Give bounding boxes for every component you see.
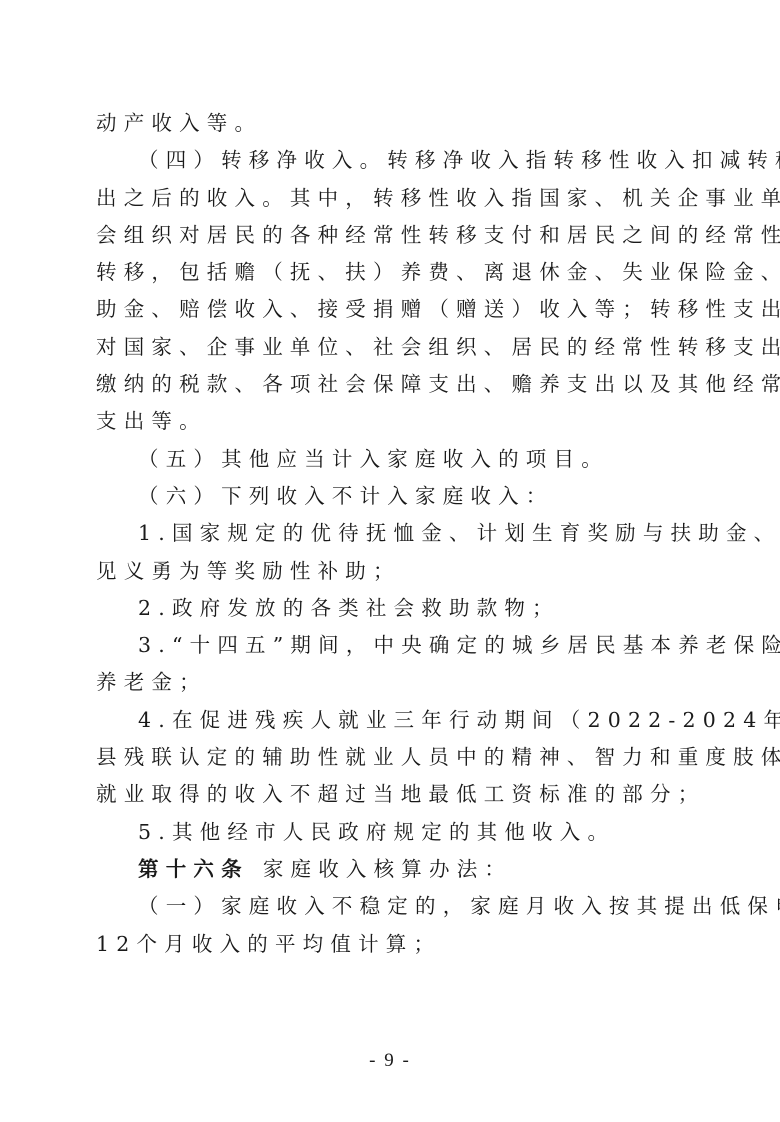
text-line: 对国家、企事业单位、社会组织、居民的经常性转移支出，包括 <box>96 329 696 366</box>
text-line: （四）转移净收入。转移净收入指转移性收入扣减转移性支 <box>96 142 696 179</box>
text-line: 3.“十四五”期间，中央确定的城乡居民基本养老保险基础 <box>96 627 696 664</box>
text-line: 5.其他经市人民政府规定的其他收入。 <box>96 814 696 851</box>
text-line: 1.国家规定的优待抚恤金、计划生育奖励与扶助金、奖学金、 <box>96 515 696 552</box>
text-line: 会组织对居民的各种经常性转移支付和居民之间的经常性收入 <box>96 217 696 254</box>
text-line: 支出等。 <box>96 403 696 440</box>
page-number: - 9 - <box>0 1050 780 1072</box>
text-line: 助金、赔偿收入、接受捐赠（赠送）收入等；转移性支出指居民 <box>96 291 696 328</box>
text-line: 就业取得的收入不超过当地最低工资标准的部分； <box>96 776 696 813</box>
article-heading-line: 第十六条家庭收入核算办法： <box>96 851 696 888</box>
text-line: 动产收入等。 <box>96 105 696 142</box>
text-line: 转移，包括赡（抚、扶）养费、离退休金、失业保险金、遗属补 <box>96 254 696 291</box>
text-line: 养老金； <box>96 664 696 701</box>
article-number: 第十六条 <box>138 857 249 881</box>
text-line: 见义勇为等奖励性补助； <box>96 553 696 590</box>
text-line: （一）家庭收入不稳定的，家庭月收入按其提出低保申请前 <box>96 888 696 925</box>
text-line: （六）下列收入不计入家庭收入： <box>96 478 696 515</box>
text-line: 缴纳的税款、各项社会保障支出、赡养支出以及其他经常性转移 <box>96 366 696 403</box>
document-body: 动产收入等。 （四）转移净收入。转移净收入指转移性收入扣减转移性支 出之后的收入… <box>96 105 696 963</box>
text-line: 2.政府发放的各类社会救助款物； <box>96 590 696 627</box>
text-line: （五）其他应当计入家庭收入的项目。 <box>96 441 696 478</box>
text-line: 4.在促进残疾人就业三年行动期间（2022-2024年），经区 <box>96 702 696 739</box>
article-title: 家庭收入核算办法： <box>263 857 512 881</box>
text-line: 县残联认定的辅助性就业人员中的精神、智力和重度肢体残疾人 <box>96 739 696 776</box>
text-line: 12个月收入的平均值计算； <box>96 926 696 963</box>
text-line: 出之后的收入。其中，转移性收入指国家、机关企事业单位、社 <box>96 180 696 217</box>
